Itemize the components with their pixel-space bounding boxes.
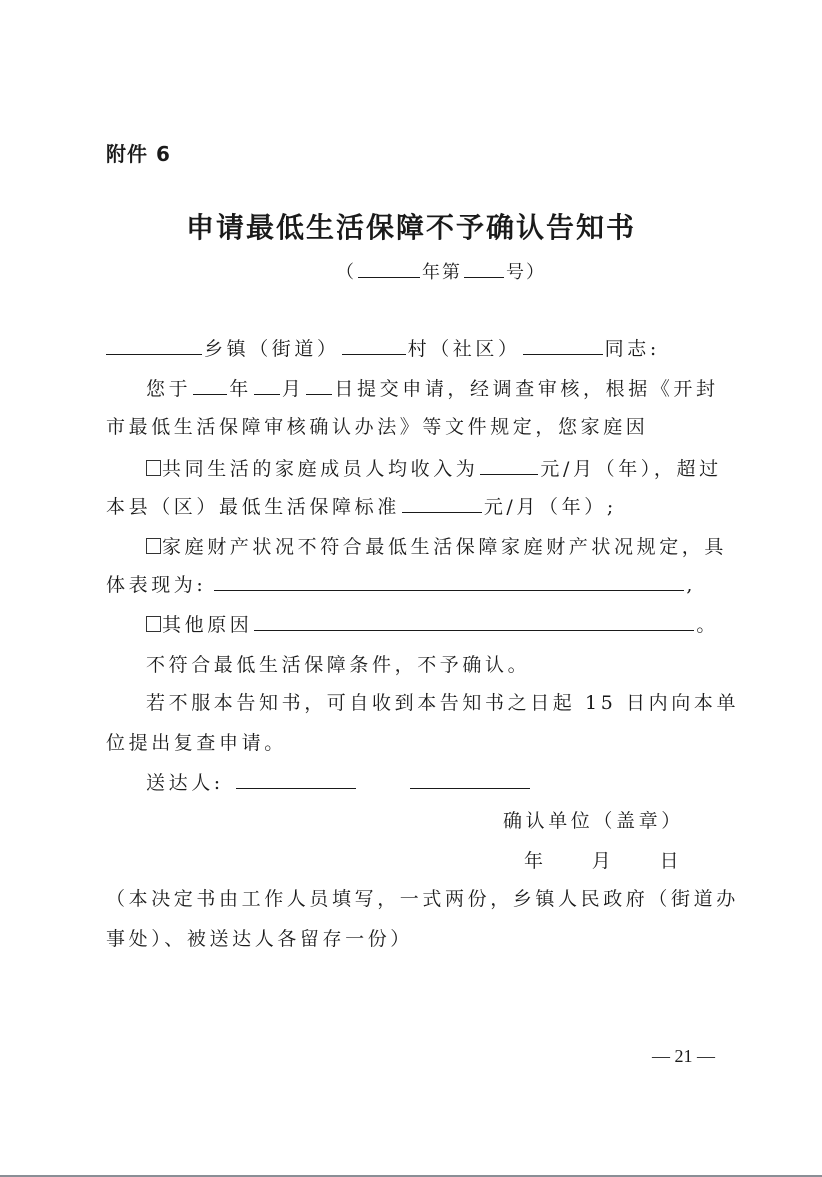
seal-label: 确认单位（盖章） [503,808,684,834]
para1-line1: 您于年月日提交申请，经调查审核，根据《开封 [146,376,719,402]
text: 您于 [146,378,191,400]
reason3-line: 其他原因。 [146,612,719,638]
page-number: — 21 — [652,1046,715,1067]
standard-blank[interactable] [402,494,482,513]
address-line: 乡镇（街道）村（社区）同志: [106,336,660,362]
text: 年 [229,378,252,400]
text: 共同生活的家庭成员人均收入为 [162,458,478,480]
number-no-label: 号） [506,262,546,283]
attachment-label: 附件 6 [106,138,171,167]
document-number-line: （年第号） [336,258,546,284]
income-blank[interactable] [480,456,538,475]
year-number-blank[interactable] [358,259,420,278]
name-blank[interactable] [523,336,603,355]
text: , [686,574,696,596]
apply-year-blank[interactable] [193,376,227,395]
text: 其他原因 [162,614,252,636]
property-checkbox[interactable] [146,538,161,554]
other-reason-checkbox[interactable] [146,616,161,632]
reason2-line2: 体表现为:, [106,572,696,598]
property-detail-blank[interactable] [214,572,684,591]
note-line2: 事处）、被送达人各留存一份） [106,926,413,952]
text: 元/月（年），超过 [540,458,721,480]
delivery-line: 送达人: [146,770,532,796]
note-line1: （本决定书由工作人员填写，一式两份，乡镇人民政府（街道办 [106,886,739,912]
text: 。 [696,614,719,636]
text: 日提交申请，经调查审核，根据《开封 [334,378,718,400]
apply-day-blank[interactable] [306,376,332,395]
text: 家庭财产状况不符合最低生活保障家庭财产状况规定，具 [162,536,727,558]
other-reason-blank[interactable] [254,612,694,631]
number-year-label: 年第 [422,262,462,283]
text: 体表现为: [106,574,206,596]
village-blank[interactable] [342,336,406,355]
date-label: 年 月 日 [524,848,682,874]
comrade-label: 同志: [605,338,660,360]
appeal-line1: 若不服本告知书，可自收到本告知书之日起 15 日内向本单 [146,690,739,716]
text: 元/月（年）; [484,496,617,518]
text: 月 [282,378,305,400]
conclusion-text: 不符合最低生活保障条件，不予确认。 [146,652,530,678]
income-checkbox[interactable] [146,460,161,476]
apply-month-blank[interactable] [254,376,280,395]
appeal-line2: 位提出复查申请。 [106,730,287,756]
reason1-line2: 本县（区）最低生活保障标准元/月（年）; [106,494,617,520]
town-blank[interactable] [106,336,202,355]
town-label: 乡镇（街道） [204,338,340,360]
document-title: 申请最低生活保障不予确认告知书 [0,206,822,246]
village-label: 村（社区） [408,338,521,360]
para1-line2: 市最低生活保障审核确认办法》等文件规定，您家庭因 [106,414,648,440]
reason2-line1: 家庭财产状况不符合最低生活保障家庭财产状况规定，具 [146,534,727,560]
number-open: （ [336,262,356,283]
text: 本县（区）最低生活保障标准 [106,496,400,518]
delivery-label: 送达人: [146,772,224,794]
reason1-line1: 共同生活的家庭成员人均收入为元/月（年），超过 [146,456,722,482]
deliverer-blank-2[interactable] [410,770,530,789]
deliverer-blank-1[interactable] [236,770,356,789]
serial-number-blank[interactable] [464,259,504,278]
